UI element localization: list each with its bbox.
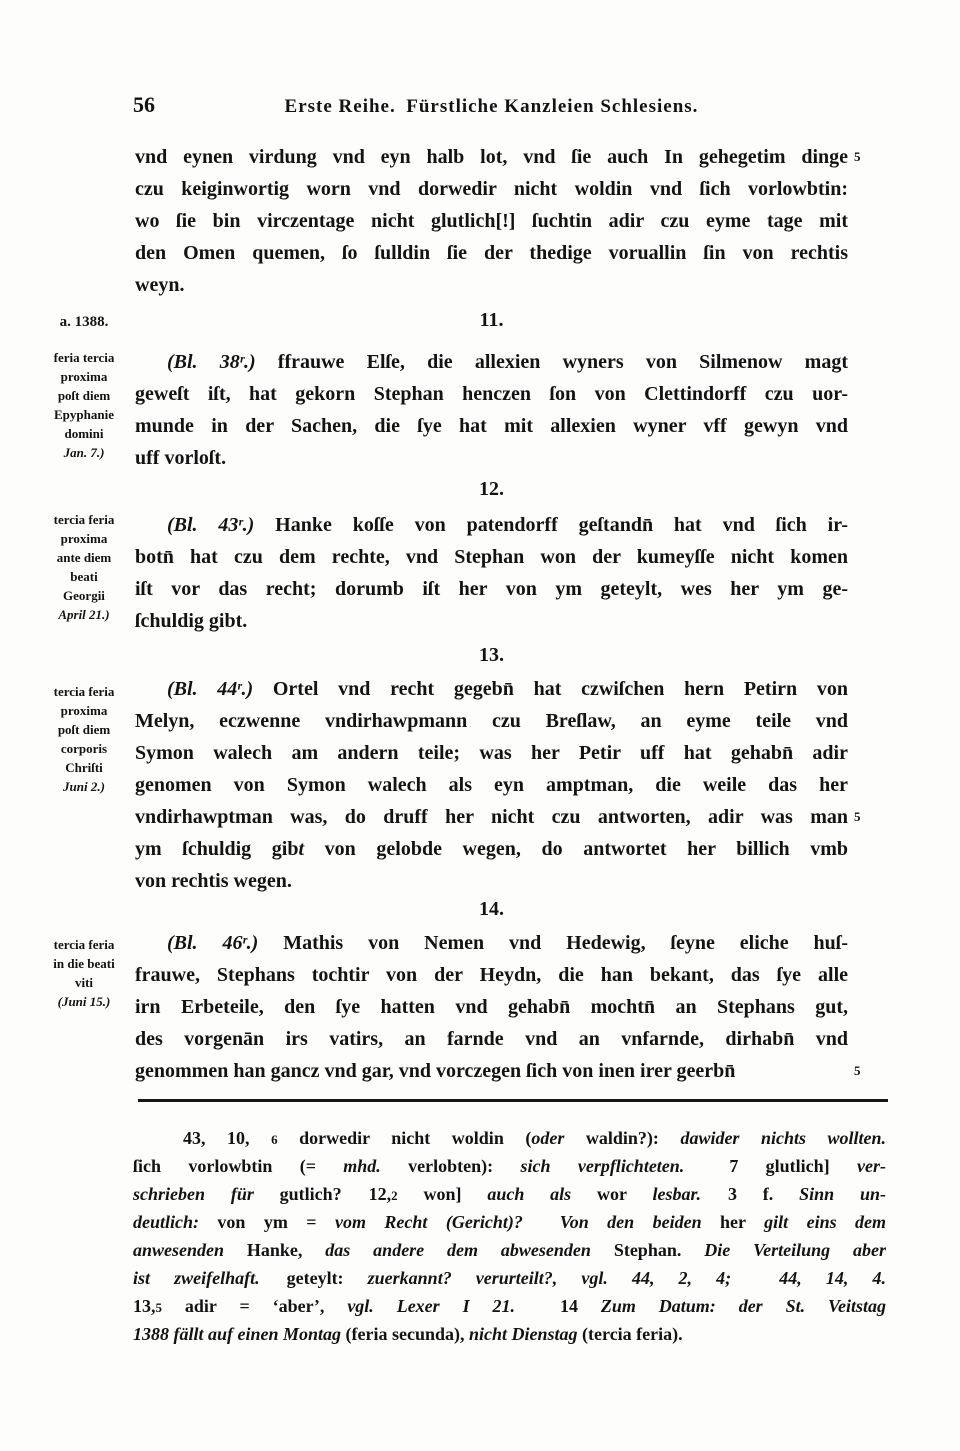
text-segment: 14 <box>560 1296 578 1316</box>
footnote-line: 13,5 adir = ‘aber’, vgl. Lexer I 21. 14 … <box>133 1292 886 1320</box>
text-segment: poſt diem <box>58 722 110 737</box>
margin-note-line: proxima <box>32 367 136 386</box>
text-segment: Die Verteilung aber <box>704 1240 886 1260</box>
text-segment: vnd eynen virdung vnd eyn halb lot, vnd … <box>135 146 848 168</box>
entry-13-text: (Bl. 44ʳ.) Ortel vnd recht gegebn̄ hat c… <box>135 673 848 897</box>
text-segment <box>342 1184 369 1204</box>
text-segment: von ym = <box>199 1212 335 1232</box>
text-segment: genommen han gancz vnd gar, vnd vorczege… <box>135 1060 735 1082</box>
text-segment: her <box>702 1212 765 1232</box>
text-segment: des vorgenān irs vatirs, an farnde vnd … <box>135 1028 848 1050</box>
text-segment: 13, <box>133 1296 156 1316</box>
footnote-line: anwesenden Hanke, das andere dem abwesen… <box>133 1236 886 1264</box>
text-segment: Melyn, eczwenne vndirhawpmann czu Breſla… <box>135 710 848 732</box>
text-segment: Georgii <box>63 588 105 603</box>
text-segment: corporis <box>61 741 107 756</box>
margin-note-line: April 21.) <box>32 605 136 624</box>
text-segment: uff vorloſt. <box>135 447 226 469</box>
text-line: Symon walech am andern teile; was her Pe… <box>135 737 848 769</box>
text-line: ſchuldig gibt. <box>135 605 848 637</box>
text-segment: schrieben für <box>133 1184 254 1204</box>
margin-note-line: beati <box>32 567 136 586</box>
text-segment: zuerkannt? verurteilt?, vgl. 44, 2, 4; 4… <box>368 1268 886 1288</box>
text-segment <box>515 1296 560 1316</box>
margin-note-line: poſt diem <box>32 720 136 739</box>
text-segment <box>684 1156 729 1176</box>
text-segment: ffrauwe Elſe, die allexien wyners von Si… <box>256 351 848 373</box>
text-line: frauwe, Stephans tochtir von der Heydn, … <box>135 959 848 991</box>
text-segment: viti <box>75 975 93 990</box>
entry-11-number: 11. <box>135 304 848 336</box>
text-segment: dawider nichts wollten. <box>680 1128 886 1148</box>
text-line: Melyn, eczwenne vndirhawpmann czu Breſla… <box>135 705 848 737</box>
text-segment: dorwedir nicht woldin ( <box>278 1128 532 1148</box>
text-segment: deutlich: <box>133 1212 199 1232</box>
entry-13-number: 13. <box>135 639 848 671</box>
line-number-marker: 5 <box>854 807 878 827</box>
text-segment: (Bl. 38ʳ.) <box>167 351 256 373</box>
text-segment: geteylt: <box>260 1268 368 1288</box>
running-title: Erste Reihe. Fürstliche Kanzleien Schles… <box>135 95 848 119</box>
text-segment: Juni 2.) <box>63 779 105 794</box>
text-segment: lesbar. <box>652 1184 701 1204</box>
text-line: munde in der Sachen, die ſye hat mit all… <box>135 410 848 442</box>
footnote-line: 1388 fällt auf einen Montag (feria secun… <box>133 1320 886 1348</box>
text-segment: won] <box>398 1184 488 1204</box>
text-segment: sich verpflichteten. <box>520 1156 684 1176</box>
margin-note-entry-14: tercia feriain die beativiti(Juni 15.) <box>32 935 136 1011</box>
text-segment: (feria secunda), <box>341 1324 469 1344</box>
text-segment: ſchuldig gibt. <box>135 610 247 632</box>
text-segment: (Bl. 43ʳ.) <box>167 514 254 536</box>
text-segment: poſt diem <box>58 388 110 403</box>
text-segment: 1388 fällt auf einen Montag <box>133 1324 341 1344</box>
margin-note-line: Juni 2.) <box>32 777 136 796</box>
text-segment: geweſt iſt, hat gekorn Stephan henczen ſ… <box>135 383 848 405</box>
text-line: irn Erbeteile, den ſye hatten vnd gehabn… <box>135 991 848 1023</box>
text-segment: (tercia feria). <box>578 1324 683 1344</box>
text-segment: adir = ‘aber’, <box>162 1296 347 1316</box>
entry-11-text: (Bl. 38ʳ.) ffrauwe Elſe, die allexien wy… <box>135 346 848 474</box>
footnote-divider <box>138 1099 888 1102</box>
text-segment: Chriſti <box>65 760 103 775</box>
text-segment: Hanke koſſe von patendorff geſtandn̄ hat… <box>254 514 848 536</box>
text-segment: das andere dem abwesenden <box>325 1240 591 1260</box>
text-segment: irn Erbeteile, den ſye hatten vnd gehabn… <box>135 996 848 1018</box>
margin-note-line: Jan. 7.) <box>32 443 136 462</box>
entry-14-text: (Bl. 46ʳ.) Mathis von Nemen vnd Hedewig,… <box>135 927 848 1087</box>
entry-14-number: 14. <box>135 893 848 925</box>
margin-note-entry-13: tercia feriaproximapoſt diemcorporisChri… <box>32 682 136 796</box>
margin-note-line: Chriſti <box>32 758 136 777</box>
text-segment: gutlich? <box>254 1184 342 1204</box>
text-segment <box>701 1184 728 1204</box>
text-segment: glutlich] <box>738 1156 857 1176</box>
text-line: den Omen quemen, ſo ſulldin ſie der thed… <box>135 237 848 269</box>
margin-note-entry-12: tercia feriaproximaante diembeatiGeorgii… <box>32 510 136 624</box>
text-line: wo ſie bin virczentage nicht glutlich[!]… <box>135 205 848 237</box>
text-segment: vom Recht (Gericht)? Von den beiden <box>335 1212 702 1232</box>
margin-note-line: proxima <box>32 529 136 548</box>
text-segment: 3 f. <box>728 1184 799 1204</box>
text-segment: 43, 10, <box>183 1128 271 1148</box>
text-segment: munde in der Sachen, die ſye hat mit all… <box>135 415 848 437</box>
footnote-line: ſich vorlowbtin (= mhd. verlobten): sich… <box>133 1152 886 1180</box>
margin-note-line: domini <box>32 424 136 443</box>
text-line: des vorgenān irs vatirs, an farnde vnd … <box>135 1023 848 1055</box>
text-segment: Mathis von Nemen vnd Hedewig, ſeyne elic… <box>258 932 848 954</box>
entry-12-number: 12. <box>135 473 848 505</box>
text-segment: weyn. <box>135 274 184 296</box>
text-segment: proxima <box>61 703 108 718</box>
text-segment <box>578 1296 601 1316</box>
text-segment: Sinn un- <box>799 1184 886 1204</box>
text-segment: (Juni 15.) <box>58 994 111 1009</box>
text-segment: domini <box>64 426 103 441</box>
text-segment: waldin?): <box>564 1128 680 1148</box>
text-segment: botn̄ hat czu dem rechte, vnd Stephan wo… <box>135 546 848 568</box>
text-line: (Bl. 38ʳ.) ffrauwe Elſe, die allexien wy… <box>135 346 848 378</box>
text-segment: vndirhawptman was, do druff her nicht cz… <box>135 806 848 828</box>
margin-note-entry-11: feria terciaproximapoſt diemEpyphaniedom… <box>32 348 136 462</box>
margin-year-1388: a. 1388. <box>32 312 136 332</box>
text-segment: wo ſie bin virczentage nicht glutlich[!]… <box>135 210 848 232</box>
text-line: vnd eynen virdung vnd eyn halb lot, vnd … <box>135 141 848 173</box>
text-segment: nicht Dienstag <box>469 1324 578 1344</box>
margin-note-line: tercia feria <box>32 682 136 701</box>
text-segment: ſich vorlowbtin (= <box>133 1156 343 1176</box>
text-line: vndirhawptman was, do druff her nicht cz… <box>135 801 848 833</box>
text-segment: wor <box>571 1184 652 1204</box>
text-line: ym ſchuldig gibt von gelobde wegen, do a… <box>135 833 848 865</box>
margin-note-line: feria tercia <box>32 348 136 367</box>
text-segment: Jan. 7.) <box>64 445 105 460</box>
text-segment: Symon walech am andern teile; was her Pe… <box>135 742 848 764</box>
text-segment: iſt vor das recht; dorumb iſt her von ym… <box>135 578 848 600</box>
footnotes-block: 43, 10, 6 dorwedir nicht woldin (oder wa… <box>133 1124 886 1348</box>
text-segment: Zum Datum: der St. Veitstag <box>601 1296 886 1316</box>
text-segment: (Bl. 46ʳ.) <box>167 932 258 954</box>
margin-note-line: Georgii <box>32 586 136 605</box>
text-line: (Bl. 46ʳ.) Mathis von Nemen vnd Hedewig,… <box>135 927 848 959</box>
text-segment: ante diem <box>57 550 112 565</box>
text-segment: frauwe, Stephans tochtir von der Heydn, … <box>135 964 848 986</box>
text-segment: anwesenden <box>133 1240 224 1260</box>
text-segment: April 21.) <box>58 607 109 622</box>
footnote-line: schrieben für gutlich? 12,2 won] auch al… <box>133 1180 886 1208</box>
text-segment: auch als <box>487 1184 571 1204</box>
text-segment: Epyphanie <box>54 407 114 422</box>
text-line: weyn. <box>135 269 848 301</box>
text-segment: mhd. <box>343 1156 381 1176</box>
line-number-marker: 5 <box>854 1061 878 1081</box>
entry-12-text: (Bl. 43ʳ.) Hanke koſſe von patendorff ge… <box>135 509 848 637</box>
margin-note-line: poſt diem <box>32 386 136 405</box>
text-segment: Stephan. <box>591 1240 704 1260</box>
text-line: uff vorloſt. <box>135 442 848 474</box>
text-segment: von rechtis wegen. <box>135 870 292 892</box>
text-line: (Bl. 44ʳ.) Ortel vnd recht gegebn̄ hat c… <box>135 673 848 705</box>
footnote-line: deutlich: von ym = vom Recht (Gericht)? … <box>133 1208 886 1236</box>
text-segment: 7 <box>729 1156 738 1176</box>
text-segment: tercia feria <box>54 512 115 527</box>
text-segment: ist zweifelhaft. <box>133 1268 260 1288</box>
text-segment: gilt eins dem <box>764 1212 886 1232</box>
text-segment: von gelobde wegen, do antwortet her bill… <box>304 838 848 860</box>
margin-note-line: corporis <box>32 739 136 758</box>
text-line: czu keiginwortig worn vnd dorwedir nicht… <box>135 173 848 205</box>
page-root: 56 Erste Reihe. Fürstliche Kanzleien Sch… <box>0 0 960 1451</box>
text-segment: vgl. Lexer I 21. <box>347 1296 515 1316</box>
margin-note-line: (Juni 15.) <box>32 992 136 1011</box>
text-segment: verlobten): <box>381 1156 521 1176</box>
text-segment: feria tercia <box>54 350 115 365</box>
margin-note-line: Epyphanie <box>32 405 136 424</box>
margin-note-line: viti <box>32 973 136 992</box>
footnote-line: 43, 10, 6 dorwedir nicht woldin (oder wa… <box>133 1124 886 1152</box>
text-segment: 12, <box>369 1184 392 1204</box>
text-line: genommen han gancz vnd gar, vnd vorczege… <box>135 1055 848 1087</box>
margin-note-line: in die beati <box>32 954 136 973</box>
text-segment: Hanke, <box>224 1240 325 1260</box>
text-segment: czu keiginwortig worn vnd dorwedir nicht… <box>135 178 848 200</box>
margin-note-line: tercia feria <box>32 510 136 529</box>
text-segment: ym ſchuldig gib <box>135 838 298 860</box>
text-segment: in die beati <box>53 956 114 971</box>
text-line: botn̄ hat czu dem rechte, vnd Stephan wo… <box>135 541 848 573</box>
text-segment: tercia feria <box>54 937 115 952</box>
text-line: (Bl. 43ʳ.) Hanke koſſe von patendorff ge… <box>135 509 848 541</box>
text-line: iſt vor das recht; dorumb iſt her von ym… <box>135 573 848 605</box>
margin-note-line: tercia feria <box>32 935 136 954</box>
text-segment: beati <box>70 569 97 584</box>
text-segment: proxima <box>61 369 108 384</box>
continuation-paragraph: vnd eynen virdung vnd eyn halb lot, vnd … <box>135 141 848 301</box>
text-segment: Ortel vnd recht gegebn̄ hat czwiſchen he… <box>253 678 848 700</box>
line-number-marker: 5 <box>854 147 878 167</box>
text-segment: oder <box>531 1128 564 1148</box>
text-segment: (Bl. 44ʳ.) <box>167 678 253 700</box>
text-segment: den Omen quemen, ſo ſulldin ſie der thed… <box>135 242 848 264</box>
text-segment: genomen von Symon walech als eyn amptman… <box>135 774 848 796</box>
text-segment: tercia feria <box>54 684 115 699</box>
text-segment: proxima <box>61 531 108 546</box>
margin-note-line: ante diem <box>32 548 136 567</box>
text-segment: ver- <box>857 1156 886 1176</box>
footnote-line: ist zweifelhaft. geteylt: zuerkannt? ver… <box>133 1264 886 1292</box>
text-line: genomen von Symon walech als eyn amptman… <box>135 769 848 801</box>
text-line: geweſt iſt, hat gekorn Stephan henczen ſ… <box>135 378 848 410</box>
margin-note-line: proxima <box>32 701 136 720</box>
